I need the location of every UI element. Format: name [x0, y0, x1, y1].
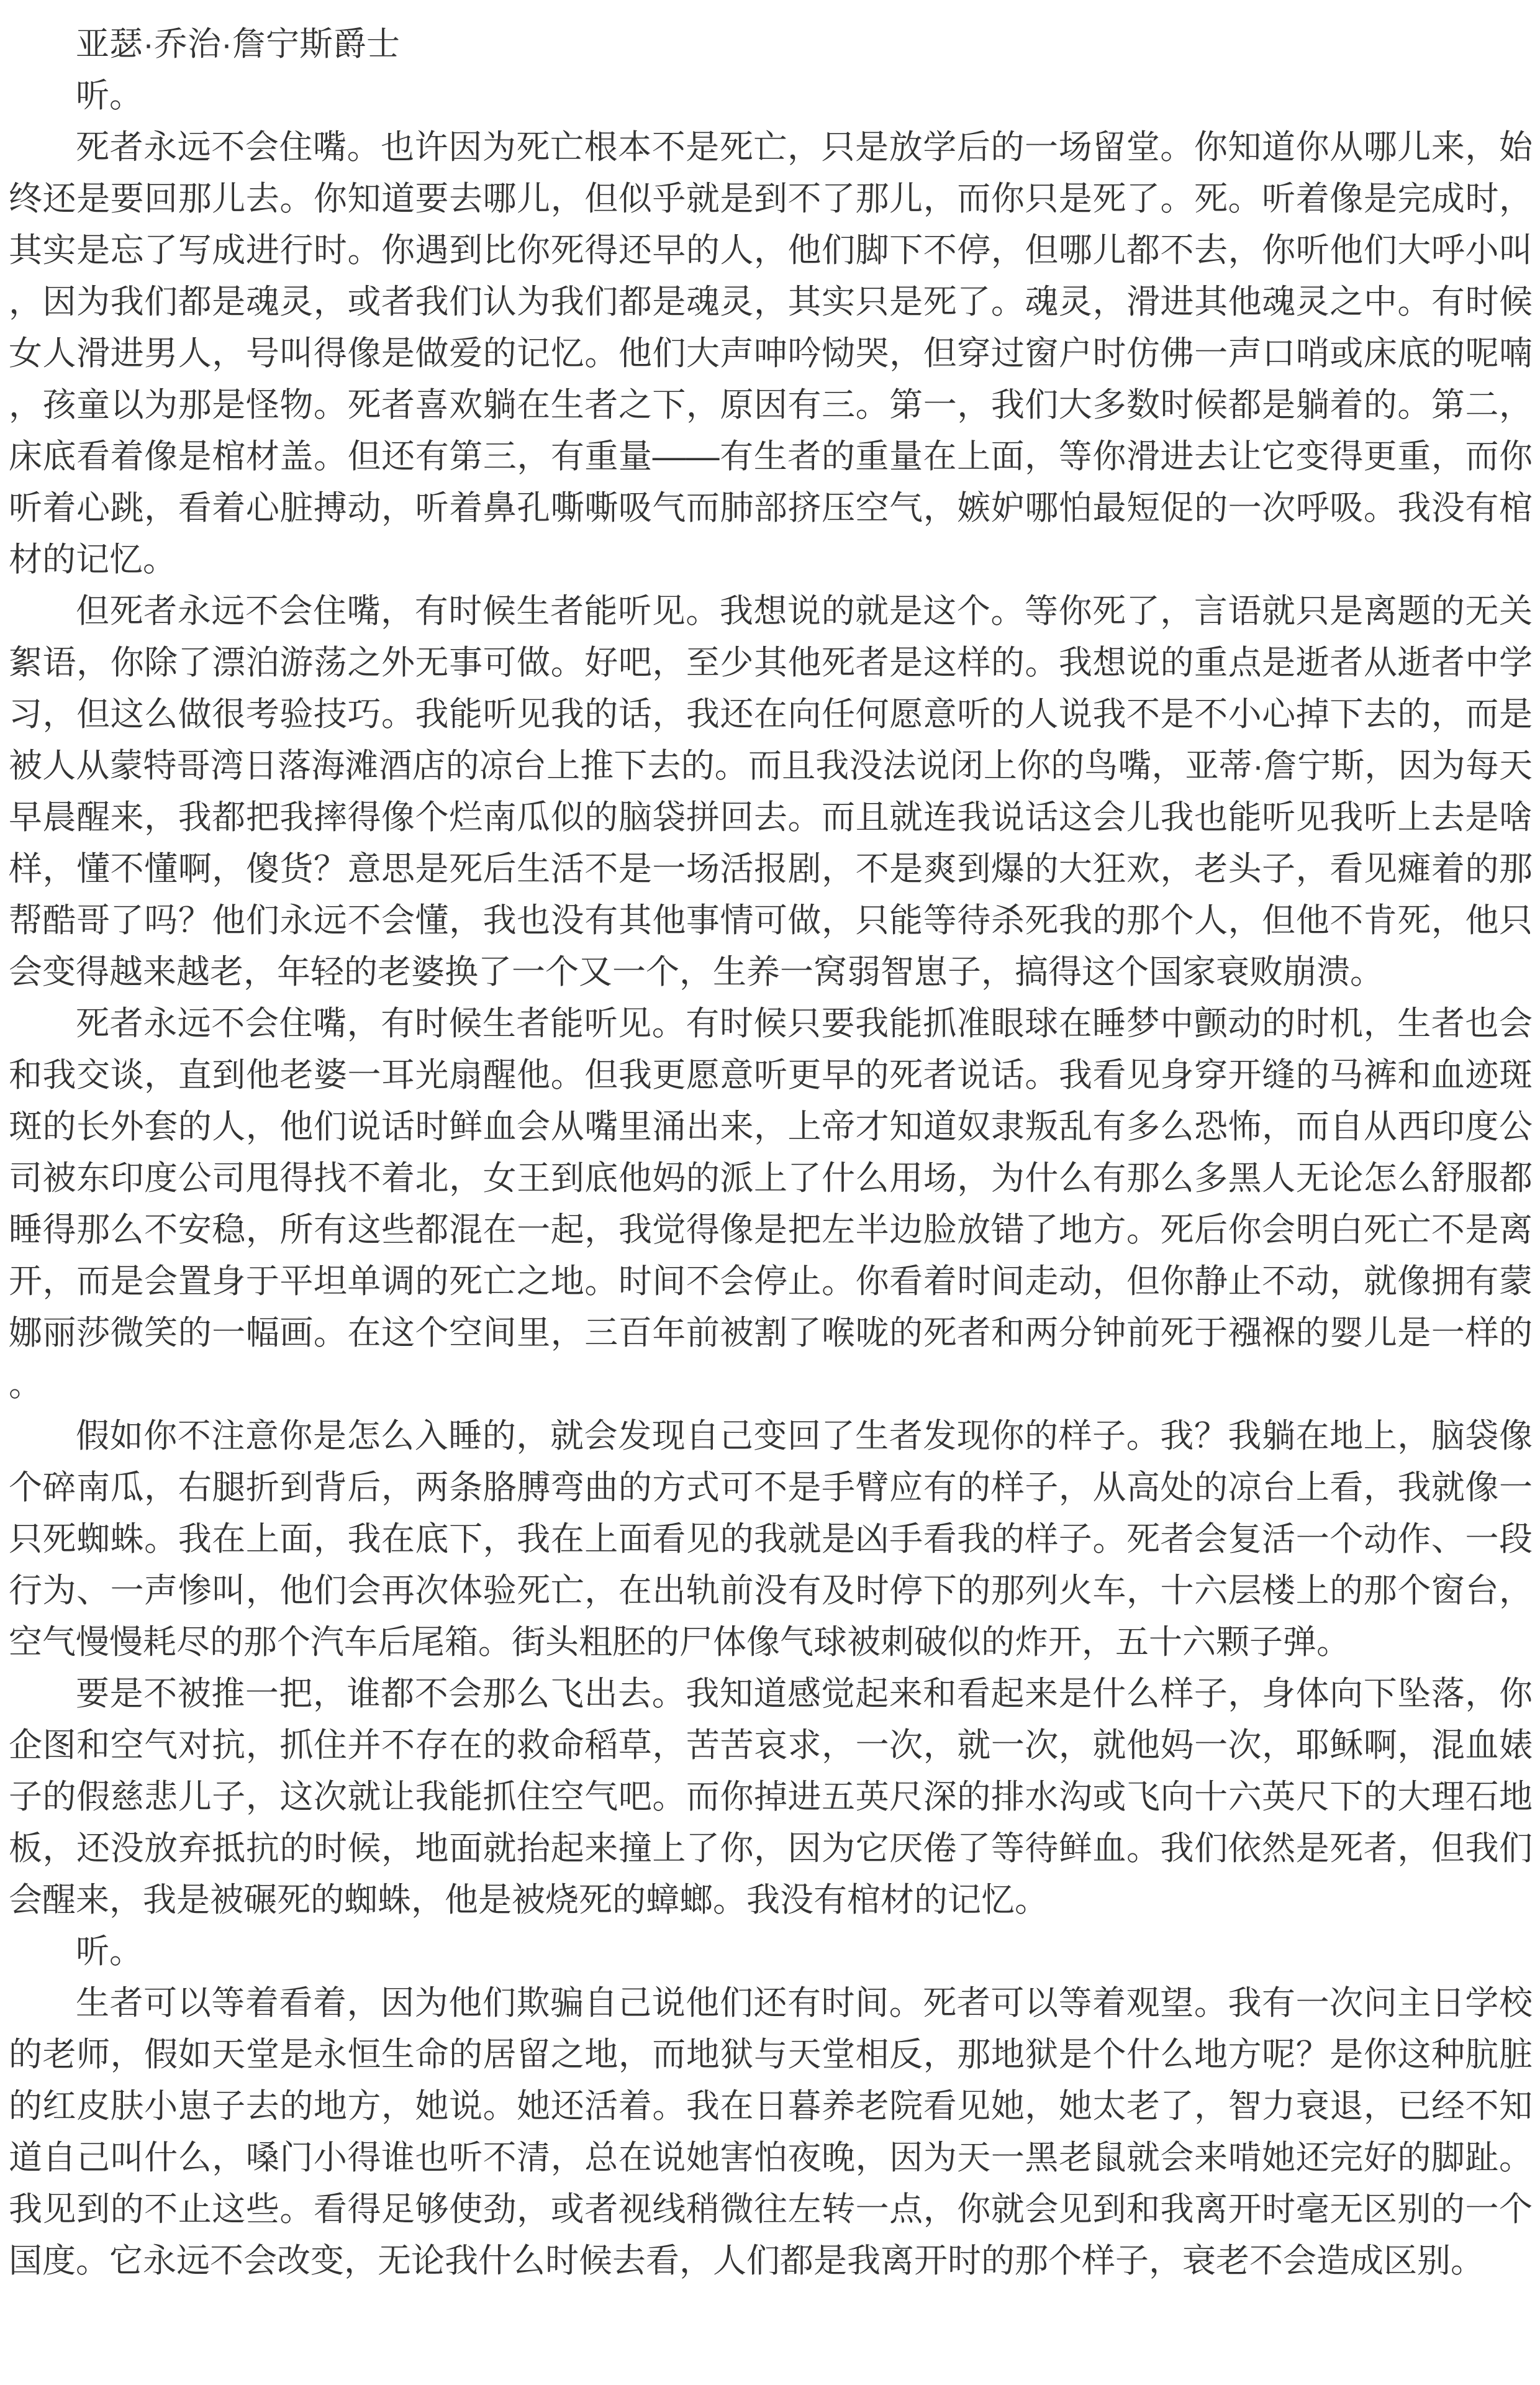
paragraph: 听。	[9, 70, 1533, 122]
paragraph: 生者可以等着看着，因为他们欺骗自己说他们还有时间。死者可以等着观望。我有一次问主…	[9, 1978, 1533, 2287]
document-page: 亚瑟·乔治·詹宁斯爵士 听。死者永远不会住嘴。也许因为死亡根本不是死亡，只是放学…	[0, 0, 1540, 2385]
paragraph: 要是不被推一把，谁都不会那么飞出去。我知道感觉起来和看起来是什么样子，身体向下坠…	[9, 1668, 1533, 1926]
section-heading: 亚瑟·乔治·詹宁斯爵士	[9, 19, 1533, 70]
paragraph: 假如你不注意你是怎么入睡的，就会发现自己变回了生者发现你的样子。我？我躺在地上，…	[9, 1411, 1533, 1668]
paragraph: 死者永远不会住嘴。也许因为死亡根本不是死亡，只是放学后的一场留堂。你知道你从哪儿…	[9, 122, 1533, 586]
paragraph: 但死者永远不会住嘴，有时候生者能听见。我想说的就是这个。等你死了，言语就只是离题…	[9, 586, 1533, 998]
paragraphs-container: 听。死者永远不会住嘴。也许因为死亡根本不是死亡，只是放学后的一场留堂。你知道你从…	[9, 70, 1533, 2287]
paragraph: 死者永远不会住嘴，有时候生者能听见。有时候只要我能抓准眼球在睡梦中颤动的时机，生…	[9, 998, 1533, 1411]
paragraph: 听。	[9, 1926, 1533, 1978]
